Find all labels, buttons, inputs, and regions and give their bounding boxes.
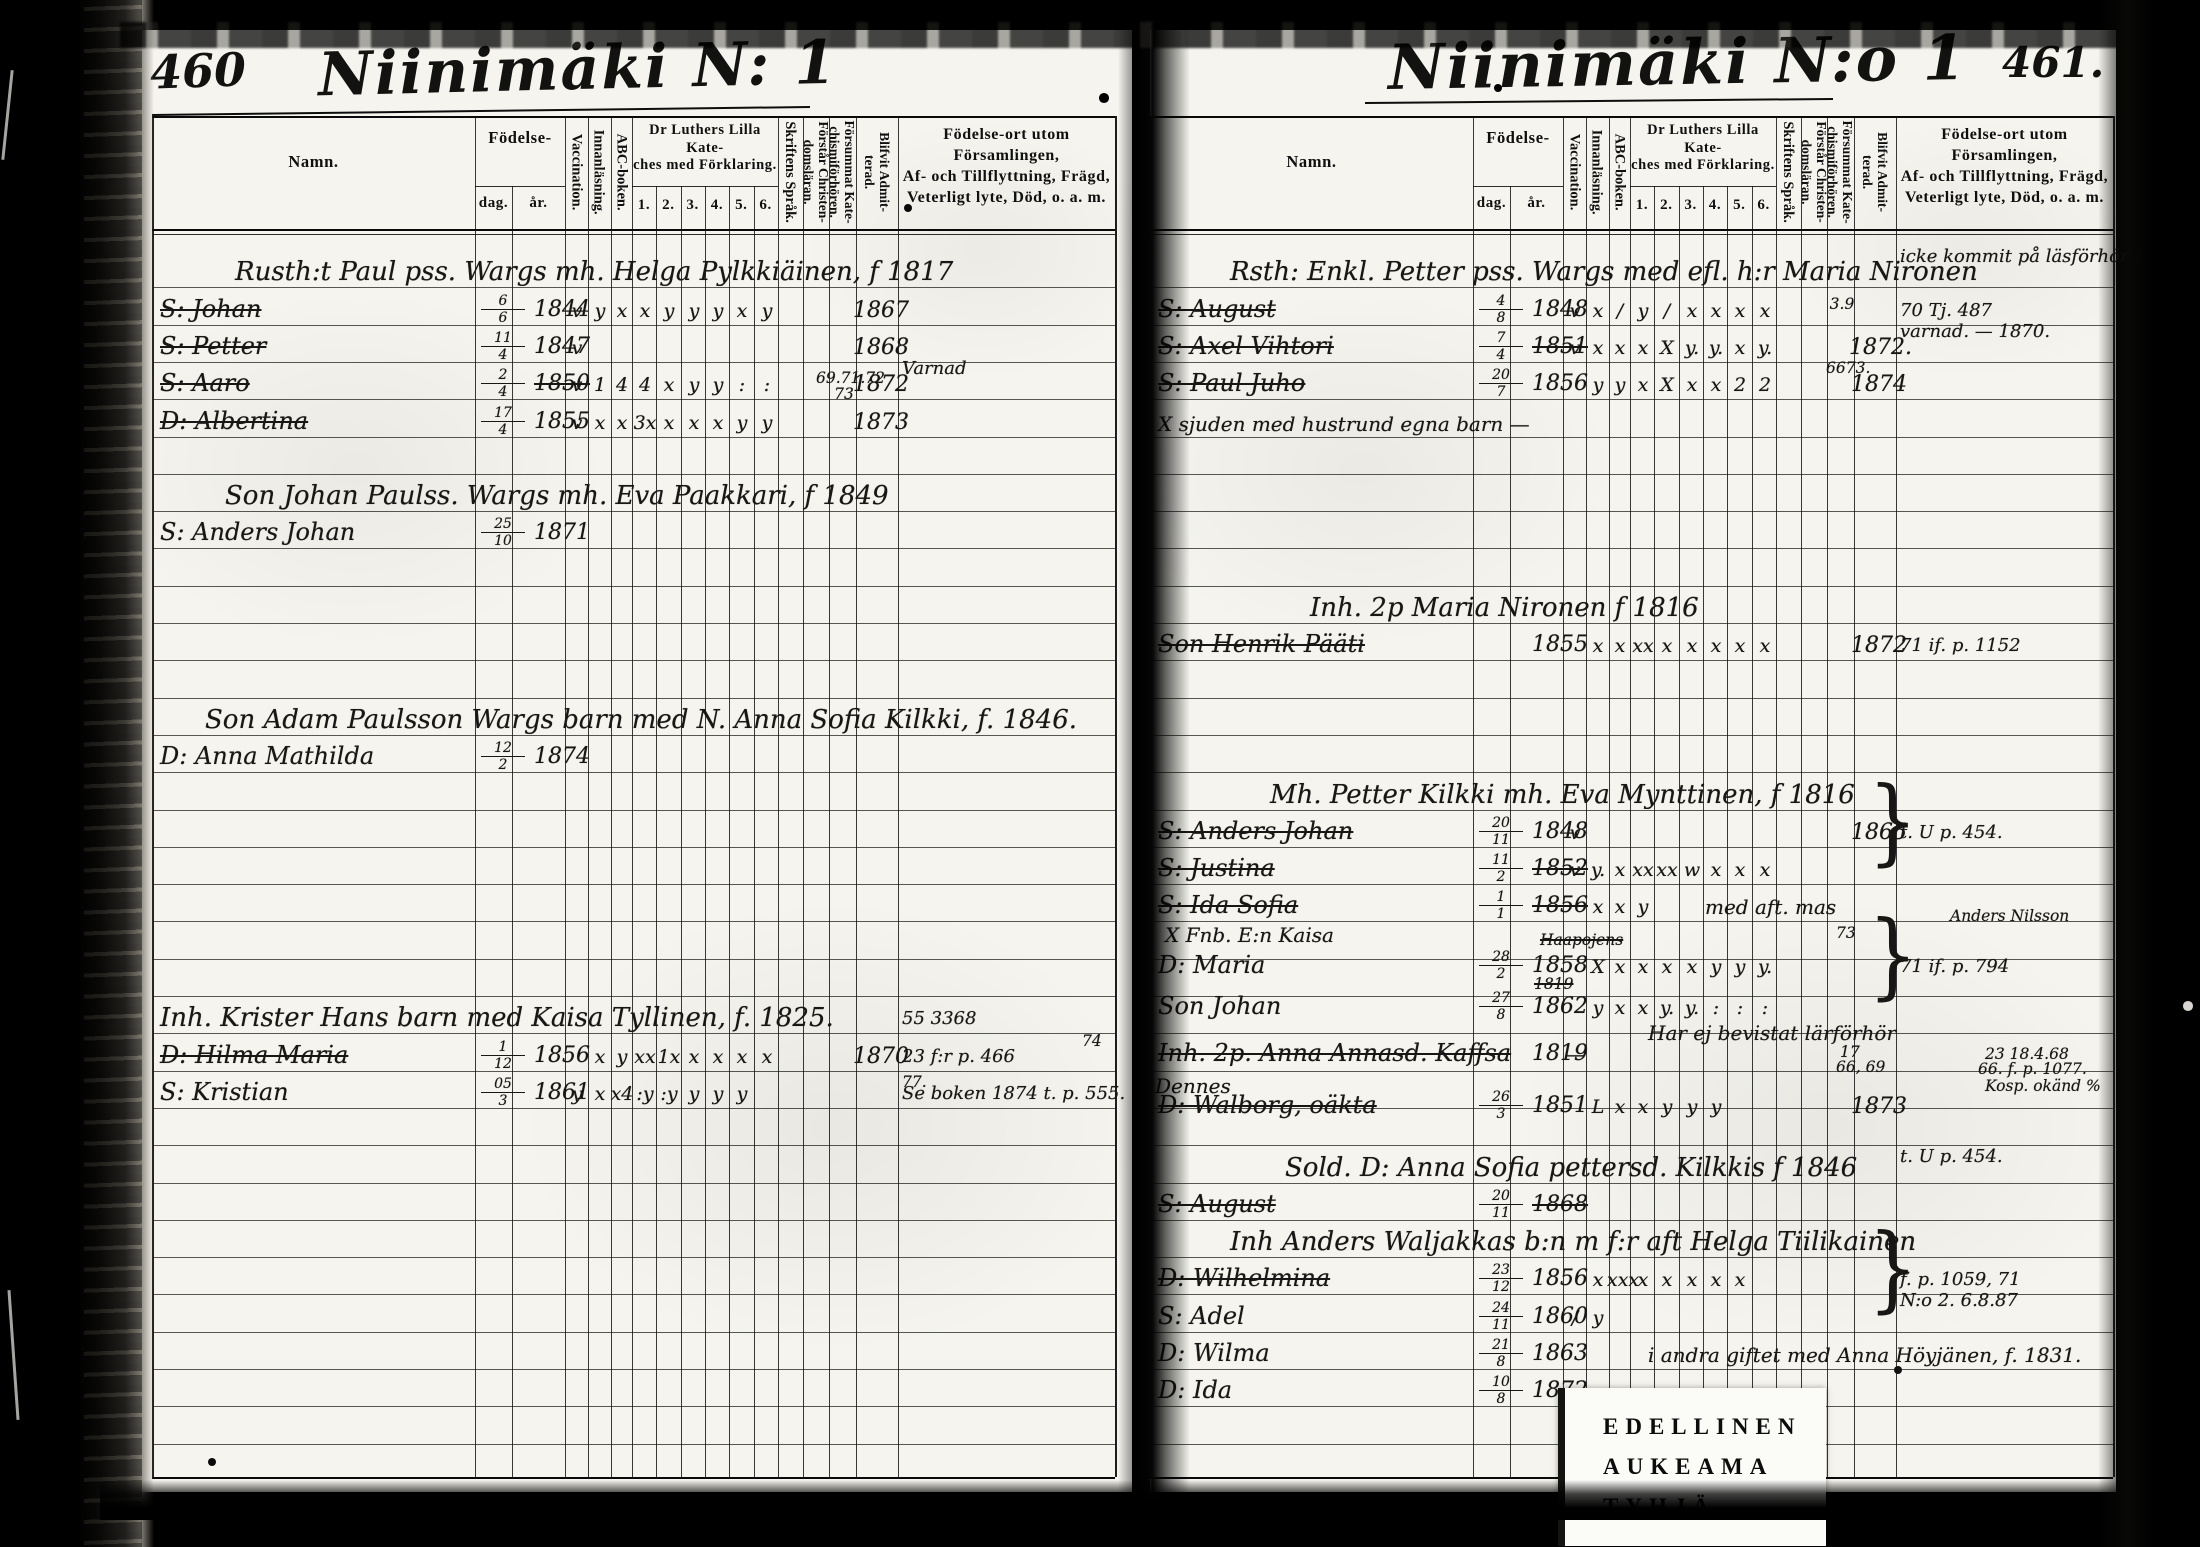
admitted-year: 1872. bbox=[1849, 335, 1909, 360]
ruled-line bbox=[152, 1033, 1115, 1034]
ruled-line bbox=[152, 548, 1115, 549]
grade-mark: x bbox=[1752, 859, 1778, 881]
birth-day-bottom: 2 bbox=[481, 757, 525, 772]
family-header: Inh. Krister Hans barn med Kaisa Tylline… bbox=[160, 1003, 834, 1033]
family-header: Rusth:t Paul pss. Wargs mh. Helga Pylkki… bbox=[235, 257, 953, 287]
ruled-line bbox=[152, 586, 1115, 587]
family-header: Rsth: Enkl. Petter pss. Wargs med efl. h… bbox=[1230, 257, 1978, 287]
grade-mark: x bbox=[1679, 956, 1705, 978]
ruled-line bbox=[152, 437, 1115, 438]
stamp-line: AUKEAMA bbox=[1603, 1454, 1826, 1480]
grade-mark: x bbox=[632, 300, 658, 322]
birth-day-top: 20 bbox=[1479, 368, 1523, 384]
entry-name: S: Aaro bbox=[160, 369, 250, 397]
birth-year: 1855 bbox=[1532, 632, 1588, 657]
header-bottom-border bbox=[152, 229, 1115, 231]
grade-mark: x bbox=[1630, 374, 1656, 396]
margin-note: 73 bbox=[1836, 924, 1856, 942]
birth-year: 1874 bbox=[534, 744, 590, 769]
grade-mark: y bbox=[1630, 896, 1656, 918]
birth-day-bottom: 6 bbox=[481, 310, 525, 325]
grade-mark: X bbox=[1654, 337, 1680, 359]
birth-day: 112 bbox=[481, 1040, 525, 1071]
entry-name: Son Johan bbox=[1158, 992, 1281, 1020]
header-rotated: ABC-boken. bbox=[565, 118, 677, 226]
ruled-line bbox=[1150, 623, 2113, 624]
birth-day-top: 10 bbox=[1479, 1375, 1523, 1391]
header-bottom-border-2 bbox=[152, 234, 1115, 235]
birth-day-top: 20 bbox=[1479, 816, 1523, 832]
column-line bbox=[2113, 116, 2115, 1477]
margin-note: X sjuden med hustrund egna barn — bbox=[1158, 412, 1530, 436]
birth-day-bottom: 2 bbox=[1479, 869, 1523, 884]
header-rotated-label: Blifvit Admit-terad. bbox=[1860, 119, 1890, 225]
grade-mark: x bbox=[1679, 635, 1705, 657]
grade-mark: x bbox=[1630, 1269, 1656, 1291]
margin-note: 66. f. p. 1077. bbox=[1978, 1060, 2087, 1078]
ruled-line bbox=[152, 474, 1115, 475]
ruled-line bbox=[1150, 511, 2113, 512]
ruled-line bbox=[1150, 287, 2113, 288]
entry-name: D: Maria bbox=[1158, 951, 1265, 979]
header-dag: dag. bbox=[1473, 194, 1510, 212]
column-line bbox=[829, 116, 830, 1477]
stamp-line: EDELLINEN bbox=[1603, 1414, 1826, 1440]
grade-mark: 2 bbox=[1727, 374, 1753, 396]
grade-mark: y. bbox=[1752, 337, 1778, 359]
birth-day: 174 bbox=[481, 406, 525, 437]
grade-mark: y bbox=[729, 1083, 755, 1105]
birth-day-bottom: 3 bbox=[1479, 1106, 1523, 1121]
grade-mark: x bbox=[1630, 337, 1656, 359]
birth-day-top: 26 bbox=[1479, 1090, 1523, 1106]
birth-day-bottom: 4 bbox=[481, 384, 525, 399]
birth-day: 2510 bbox=[481, 517, 525, 548]
grade-mark: y bbox=[681, 1083, 707, 1105]
grade-mark: xx bbox=[1654, 859, 1680, 881]
grade-mark: X bbox=[1654, 374, 1680, 396]
grade-mark: y bbox=[1679, 1096, 1705, 1118]
header-bottom-border-2 bbox=[1150, 234, 2113, 235]
birth-day-top: 4 bbox=[1479, 294, 1523, 310]
spanning-note: med aft. mas bbox=[1705, 895, 1836, 919]
column-line bbox=[803, 116, 804, 1477]
remark-note: t. U p. 454. bbox=[1900, 822, 2003, 843]
grade-mark: : bbox=[729, 374, 755, 396]
entry-name: S: August bbox=[1158, 1190, 1276, 1218]
family-header: Mh. Petter Kilkki mh. Eva Mynttinen, f 1… bbox=[1270, 780, 1855, 810]
birth-day-top: 25 bbox=[481, 517, 525, 533]
grade-mark: 3x bbox=[632, 412, 658, 434]
ruled-line bbox=[1150, 1033, 2113, 1034]
birth-day: 11 bbox=[1479, 890, 1523, 921]
ruled-line bbox=[1150, 399, 2113, 400]
grade-mark: x bbox=[1679, 300, 1705, 322]
entry-name: S: Anders Johan bbox=[1158, 817, 1353, 845]
birth-day: 207 bbox=[1479, 368, 1523, 399]
entry-name: S: Kristian bbox=[160, 1078, 289, 1106]
ruled-line bbox=[152, 735, 1115, 736]
remark-note: N:o 2. 6.8.87 bbox=[1900, 1290, 2018, 1311]
entry-name: D: Walborg, oäkta bbox=[1158, 1091, 1377, 1119]
ruled-line bbox=[152, 847, 1115, 848]
grade-mark: x bbox=[681, 412, 707, 434]
grade-mark: xx bbox=[1630, 859, 1656, 881]
remark-note: 71 if. p. 794 bbox=[1900, 956, 2009, 977]
birth-day-top: 11 bbox=[1479, 853, 1523, 869]
family-header: Inh. 2p Maria Nironen f 1816 bbox=[1310, 593, 1699, 623]
grade-mark: x bbox=[1727, 1269, 1753, 1291]
remark-note: 23 f:r p. 466 bbox=[902, 1046, 1015, 1067]
ruled-line bbox=[1150, 1369, 2113, 1370]
header-katekes-col: 4. bbox=[1703, 196, 1727, 214]
grade-mark: x bbox=[705, 412, 731, 434]
remark-note: Se boken 1874 t. p. 555. bbox=[902, 1083, 1125, 1104]
grade-mark: x bbox=[1654, 956, 1680, 978]
ruled-line bbox=[1150, 586, 2113, 587]
birth-day-bottom: 12 bbox=[1479, 1279, 1523, 1294]
margin-note: Kosp. okänd % bbox=[1985, 1077, 2101, 1095]
birth-day-bottom: 4 bbox=[481, 347, 525, 362]
ruled-line bbox=[152, 399, 1115, 400]
birth-day-bottom: 8 bbox=[1479, 310, 1523, 325]
family-header: Son Johan Paulss. Wargs mh. Eva Paakkari… bbox=[225, 481, 889, 511]
stamp-line: TYHJÄ bbox=[1603, 1494, 1826, 1520]
grade-mark: x bbox=[705, 1046, 731, 1068]
birth-year: 1856 bbox=[534, 1043, 590, 1068]
entry-name: D: Ida bbox=[1158, 1376, 1232, 1404]
margin-note: 74 bbox=[1082, 1032, 1102, 1050]
page-number-left: 460 bbox=[149, 42, 247, 99]
entry-name: S: Johan bbox=[160, 295, 261, 323]
grade-mark: 2 bbox=[1752, 374, 1778, 396]
birth-day: 24 bbox=[481, 368, 525, 399]
ruled-line bbox=[152, 1145, 1115, 1146]
grade-mark: v bbox=[1562, 822, 1588, 844]
ruled-line bbox=[1150, 810, 2113, 811]
header-rotated-label: ABC-boken. bbox=[613, 134, 629, 211]
ruled-line bbox=[152, 1257, 1115, 1258]
missed-exam-note: 3.9 bbox=[1814, 295, 1870, 313]
entry-name: S: Axel Vihtori bbox=[1158, 332, 1334, 360]
admitted-year: 1867 bbox=[851, 298, 911, 323]
birth-year: 1871 bbox=[534, 520, 590, 545]
birth-day-bottom: 11 bbox=[1479, 1317, 1523, 1332]
birth-day-top: 20 bbox=[1479, 1189, 1523, 1205]
birth-day-bottom: 4 bbox=[481, 422, 525, 437]
birth-day-top: 23 bbox=[1479, 1263, 1523, 1279]
grade-mark: y bbox=[681, 374, 707, 396]
ruled-line bbox=[1150, 698, 2113, 699]
admitted-year: 1868 bbox=[851, 335, 911, 360]
birth-year: 1851 bbox=[1532, 1093, 1588, 1118]
grade-mark: y bbox=[1703, 956, 1729, 978]
birth-day: 114 bbox=[481, 331, 525, 362]
grade-mark: y bbox=[1654, 1096, 1680, 1118]
grade-mark: x bbox=[1630, 997, 1656, 1019]
ruled-line bbox=[152, 325, 1115, 326]
entry-name: Son Henrik Pääti bbox=[1158, 630, 1365, 658]
grade-mark: y bbox=[1703, 1096, 1729, 1118]
grade-mark: y bbox=[1585, 1307, 1611, 1329]
ruled-line bbox=[152, 996, 1115, 997]
grade-mark: x bbox=[656, 374, 682, 396]
remark-note: 71 if. p. 1152 bbox=[1900, 635, 2021, 656]
birth-day-bottom: 3 bbox=[481, 1093, 525, 1108]
ruled-line bbox=[152, 1183, 1115, 1184]
ruled-line bbox=[152, 810, 1115, 811]
grade-mark: xx bbox=[1630, 635, 1656, 657]
entry-name: S: August bbox=[1158, 295, 1276, 323]
header-katekes-col: 4. bbox=[705, 196, 729, 214]
grade-mark: y bbox=[1630, 300, 1656, 322]
table-bottom-border bbox=[152, 1477, 1115, 1479]
grade-mark: y bbox=[754, 300, 780, 322]
grade-mark: x bbox=[1727, 859, 1753, 881]
birth-day-top: 05 bbox=[481, 1077, 525, 1093]
grade-mark: y. bbox=[1679, 337, 1705, 359]
entry-name: D: Albertina bbox=[160, 407, 308, 435]
grade-mark: x bbox=[754, 1046, 780, 1068]
column-line bbox=[1115, 116, 1117, 1477]
margin-note: Anders Nilsson bbox=[1950, 907, 2069, 925]
margin-note: Haapojens bbox=[1540, 931, 1623, 949]
birth-day: 263 bbox=[1479, 1090, 1523, 1121]
birth-year-overwritten: 1819 bbox=[1534, 975, 1573, 993]
ruled-line bbox=[152, 1406, 1115, 1407]
family-header: Inh Anders Waljakkas b:n m f:r aft Helga… bbox=[1230, 1227, 1916, 1257]
header-dag: dag. bbox=[475, 194, 512, 212]
birth-day: 122 bbox=[481, 741, 525, 772]
page-title-right: Niinimäki N:o 1 bbox=[1387, 21, 1968, 104]
birth-day-bottom: 1 bbox=[1479, 906, 1523, 921]
column-line bbox=[475, 116, 476, 1477]
grade-mark: y bbox=[1727, 956, 1753, 978]
birth-day-bottom: 12 bbox=[481, 1056, 525, 1071]
column-line bbox=[1150, 116, 1152, 1477]
grade-mark: y bbox=[729, 412, 755, 434]
ruled-line bbox=[152, 884, 1115, 885]
archive-stamp: EDELLINEN AUKEAMA TYHJÄ bbox=[1558, 1388, 1826, 1546]
grade-mark: y bbox=[705, 374, 731, 396]
ruled-line bbox=[1150, 362, 2113, 363]
grade-mark: : bbox=[754, 374, 780, 396]
birth-day: 74 bbox=[1479, 331, 1523, 362]
ruled-line bbox=[1150, 660, 2113, 661]
header-bottom-border bbox=[1150, 229, 2113, 231]
ruled-line bbox=[152, 1220, 1115, 1221]
admitted-year: 1873 bbox=[1849, 1094, 1909, 1119]
entry-name: D: Wilhelmina bbox=[1158, 1264, 1330, 1292]
entry-name: Inh. 2p. Anna Annasd. Kaffsa bbox=[1158, 1039, 1511, 1067]
birth-day-bottom: 8 bbox=[1479, 1354, 1523, 1369]
grade-mark: 1x bbox=[656, 1046, 682, 1068]
header-katekes-col: 3. bbox=[681, 196, 705, 214]
header-katekes-col: 3. bbox=[1679, 196, 1703, 214]
remark-note: 70 Tj. 487 bbox=[1900, 300, 1992, 321]
grade-mark: x bbox=[1703, 300, 1729, 322]
ruled-line bbox=[1150, 548, 2113, 549]
spanning-note: i andra giftet med Anna Höyjänen, f. 183… bbox=[1648, 1343, 2081, 1367]
ruled-line bbox=[152, 660, 1115, 661]
birth-day-top: 6 bbox=[481, 294, 525, 310]
grade-mark: x bbox=[1679, 1269, 1705, 1291]
ruled-line bbox=[152, 698, 1115, 699]
birth-day-bottom: 11 bbox=[1479, 1205, 1523, 1220]
birth-day: 66 bbox=[481, 294, 525, 325]
birth-day: 218 bbox=[1479, 1338, 1523, 1369]
birth-year: 1856 bbox=[1532, 893, 1588, 918]
ruled-line bbox=[1150, 735, 2113, 736]
grade-mark: x bbox=[1703, 1269, 1729, 1291]
grade-mark: y bbox=[705, 1083, 731, 1105]
birth-day: 2011 bbox=[1479, 816, 1523, 847]
grade-mark: x bbox=[729, 1046, 755, 1068]
birth-day: 108 bbox=[1479, 1375, 1523, 1406]
birth-day-bottom: 4 bbox=[1479, 347, 1523, 362]
ruled-line bbox=[152, 959, 1115, 960]
header-rotated-label: ABC-boken. bbox=[1611, 134, 1627, 211]
grade-mark: x bbox=[729, 300, 755, 322]
birth-day-top: 17 bbox=[481, 406, 525, 422]
header-rotated: ABC-boken. bbox=[1563, 118, 1675, 226]
birth-day: 112 bbox=[1479, 853, 1523, 884]
birth-day-top: 24 bbox=[1479, 1301, 1523, 1317]
grade-mark: : bbox=[1727, 997, 1753, 1019]
page-title-left: Niinimäki N: 1 bbox=[317, 28, 839, 111]
page-number-right: 461. bbox=[2002, 38, 2104, 87]
grade-mark: x bbox=[1630, 956, 1656, 978]
margin-note: 6673. bbox=[1826, 359, 1870, 377]
ruled-line bbox=[1150, 1332, 2113, 1333]
birth-day: 2011 bbox=[1479, 1189, 1523, 1220]
ruled-line bbox=[152, 921, 1115, 922]
column-line bbox=[152, 116, 154, 1477]
ruled-line bbox=[152, 1071, 1115, 1072]
grade-mark: v bbox=[564, 337, 590, 359]
grade-mark: x bbox=[1703, 635, 1729, 657]
entry-name: S: Anders Johan bbox=[160, 518, 355, 546]
birth-day-top: 12 bbox=[481, 741, 525, 757]
ruled-line bbox=[152, 287, 1115, 288]
ledger-table-layer: Namn.Födelse-dag.år.Dr Luthers Lilla Kat… bbox=[0, 0, 2200, 1547]
ruled-line bbox=[152, 623, 1115, 624]
margin-note: Har ej bevistat lärförhör bbox=[1648, 1021, 1896, 1045]
grade-mark: y bbox=[705, 300, 731, 322]
grade-mark: y. bbox=[1654, 997, 1680, 1019]
grade-mark: : bbox=[1703, 997, 1729, 1019]
ruled-line bbox=[152, 362, 1115, 363]
remark-note: f. p. 1059, 71 bbox=[1900, 1269, 2021, 1290]
birth-day-bottom: 11 bbox=[1479, 832, 1523, 847]
margin-note: X Fnb. E:n Kaisa bbox=[1165, 923, 1334, 947]
birth-day-top: 2 bbox=[481, 368, 525, 384]
birth-day-top: 21 bbox=[1479, 1338, 1523, 1354]
grade-mark: x bbox=[1727, 635, 1753, 657]
entry-name: D: Anna Mathilda bbox=[160, 742, 374, 770]
birth-day-bottom: 8 bbox=[1479, 1391, 1523, 1406]
grade-mark: x bbox=[1752, 300, 1778, 322]
grade-mark: x bbox=[1654, 635, 1680, 657]
ruled-line bbox=[1150, 474, 2113, 475]
grade-mark: x bbox=[1752, 635, 1778, 657]
grade-mark: xx bbox=[632, 1046, 658, 1068]
birth-day-top: 27 bbox=[1479, 991, 1523, 1007]
birth-year: 1862 bbox=[1532, 994, 1588, 1019]
grade-mark: x bbox=[681, 1046, 707, 1068]
entry-name: D: Wilma bbox=[1158, 1339, 1270, 1367]
ruled-line bbox=[1150, 847, 2113, 848]
birth-day-bottom: 2 bbox=[1479, 966, 1523, 981]
entry-name: S: Paul Juho bbox=[1158, 369, 1305, 397]
grade-mark: y. bbox=[1752, 956, 1778, 978]
grade-mark: y bbox=[656, 300, 682, 322]
ruled-line bbox=[1150, 437, 2113, 438]
birth-day: 282 bbox=[1479, 950, 1523, 981]
birth-day-top: 7 bbox=[1479, 331, 1523, 347]
birth-day: 2312 bbox=[1479, 1263, 1523, 1294]
remark-note: varnad. — 1870. bbox=[1900, 321, 2050, 342]
ruled-line bbox=[1150, 1257, 2113, 1258]
birth-year: 1856 bbox=[1532, 371, 1588, 396]
birth-day-top: 1 bbox=[1479, 890, 1523, 906]
ruled-line bbox=[1150, 884, 2113, 885]
grade-mark: / bbox=[1654, 300, 1680, 322]
ruled-line bbox=[152, 772, 1115, 773]
birth-day-bottom: 8 bbox=[1479, 1007, 1523, 1022]
grade-mark: x bbox=[1679, 374, 1705, 396]
grade-mark: x bbox=[1727, 300, 1753, 322]
margin-note: 66, 69 bbox=[1836, 1058, 1885, 1076]
birth-day: 2411 bbox=[1479, 1301, 1523, 1332]
birth-day: 278 bbox=[1479, 991, 1523, 1022]
entry-name: S: Ida Sofia bbox=[1158, 891, 1298, 919]
remark-note: icke kommit på läsförhör 1869. — bbox=[1900, 246, 2200, 267]
birth-day: 053 bbox=[481, 1077, 525, 1108]
grade-mark: 4 bbox=[632, 374, 658, 396]
remark-note: Varnad bbox=[902, 358, 967, 379]
entry-name: S: Justina bbox=[1158, 854, 1275, 882]
birth-day-bottom: 10 bbox=[481, 533, 525, 548]
birth-day-top: 11 bbox=[481, 331, 525, 347]
entry-name: S: Petter bbox=[160, 332, 266, 360]
grade-mark: x bbox=[656, 412, 682, 434]
ruled-line bbox=[152, 1332, 1115, 1333]
grade-mark: :y bbox=[632, 1083, 658, 1105]
grade-mark: x bbox=[1703, 374, 1729, 396]
ruled-line bbox=[152, 1369, 1115, 1370]
entry-name: D: Hilma Maria bbox=[160, 1041, 348, 1069]
ruled-line bbox=[1150, 1220, 2113, 1221]
entry-name: S: Adel bbox=[1158, 1302, 1245, 1330]
grade-mark: x bbox=[1727, 337, 1753, 359]
birth-day-top: 28 bbox=[1479, 950, 1523, 966]
ruled-line bbox=[152, 511, 1115, 512]
remark-note: t. U p. 454. bbox=[1900, 1146, 2003, 1167]
grade-mark: y. bbox=[1703, 337, 1729, 359]
grade-mark: y bbox=[681, 300, 707, 322]
birth-year: 1863 bbox=[1532, 1341, 1588, 1366]
birth-day: 48 bbox=[1479, 294, 1523, 325]
birth-year: 1868 bbox=[1532, 1192, 1588, 1217]
grade-mark: w bbox=[1679, 859, 1705, 881]
birth-year: 1856 bbox=[1532, 1266, 1588, 1291]
birth-day-bottom: 7 bbox=[1479, 384, 1523, 399]
ruled-line bbox=[152, 1108, 1115, 1109]
ruled-line bbox=[152, 1444, 1115, 1445]
grade-mark: x bbox=[1654, 1269, 1680, 1291]
admitted-year: 1873 bbox=[851, 410, 911, 435]
